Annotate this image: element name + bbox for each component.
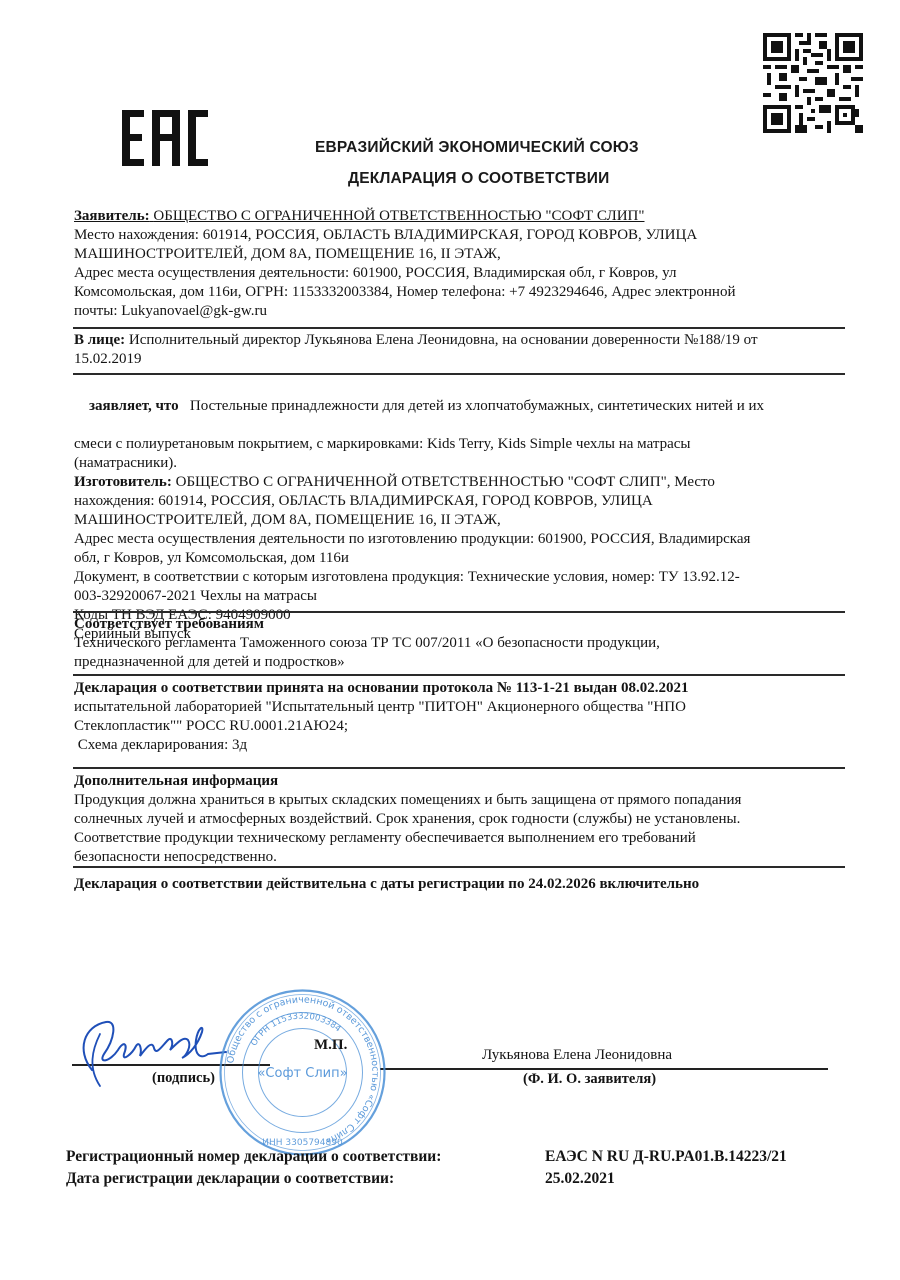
additional-line-1: Продукция должна храниться в крытых скла… xyxy=(74,791,854,810)
manufacturer-line-1: ОБЩЕСТВО С ОГРАНИЧЕННОЙ ОТВЕТСТВЕННОСТЬЮ… xyxy=(172,474,715,490)
applicant-name: ОБЩЕСТВО С ОГРАНИЧЕННОЙ ОТВЕТСТВЕННОСТЬЮ… xyxy=(153,208,644,224)
divider xyxy=(73,373,845,375)
manufacturer-line-3: МАШИНОСТРОИТЕЛЕЙ, ДОМ 8А, ПОМЕЩЕНИЕ 16, … xyxy=(74,511,854,530)
divider xyxy=(73,767,845,769)
protocol-number: № 113-1-21 выдан 08.02.2021 xyxy=(493,680,688,696)
declares-line-2: смеси с полиуретановым покрытием, с марк… xyxy=(74,435,854,454)
declaration-scheme: Схема декларирования: 3д xyxy=(74,736,854,755)
applicant-full-name: Лукьянова Елена Леонидовна xyxy=(482,1047,672,1064)
eac-logo-icon xyxy=(118,108,210,168)
applicant-label: Заявитель: xyxy=(74,208,150,224)
person-line-2: 15.02.2019 xyxy=(74,350,854,369)
registration-date-label: Дата регистрации декларации о соответств… xyxy=(66,1170,394,1188)
declares-line-3: (наматрасники). xyxy=(74,454,854,473)
manufacturer-line-2: нахождения: 601914, РОССИЯ, ОБЛАСТЬ ВЛАД… xyxy=(74,492,854,511)
protocol-line-3: Стеклопластик"" РОСС RU.0001.21АЮ24; xyxy=(74,717,854,736)
production-line-2: обл, г Ковров, ул Комсомольская, дом 116… xyxy=(74,549,854,568)
signature-caption: (подпись) xyxy=(152,1070,215,1087)
applicant-location-1: Место нахождения: 601914, РОССИЯ, ОБЛАСТ… xyxy=(74,226,854,245)
applicant-name-caption: (Ф. И. О. заявителя) xyxy=(523,1071,656,1088)
applicant-name-line xyxy=(380,1068,828,1070)
requirements-section: Соответствует требованиям Технического р… xyxy=(74,615,854,672)
registration-number-label: Регистрационный номер декларации о соотв… xyxy=(66,1148,441,1166)
protocol-section: Декларация о соответствии принята на осн… xyxy=(74,679,854,755)
person-line-1: Исполнительный директор Лукьянова Елена … xyxy=(125,332,757,348)
declares-section: заявляет, что Постельные принадлежности … xyxy=(74,378,854,644)
applicant-activity-3: почты: Lukyanovael@gk-gw.ru xyxy=(74,302,854,321)
applicant-activity-1: Адрес места осуществления деятельности: … xyxy=(74,264,854,283)
declares-line-1: Постельные принадлежности для детей из х… xyxy=(179,398,764,414)
validity-section: Декларация о соответствии действительна … xyxy=(74,875,854,894)
applicant-activity-2: Комсомольская, дом 116и, ОГРН: 115333200… xyxy=(74,283,854,302)
stamp-center-text: «Софт Слип» xyxy=(257,1066,347,1081)
person-label: В лице: xyxy=(74,332,125,348)
protocol-line-2: испытательной лабораторией "Испытательны… xyxy=(74,698,854,717)
document-line-1: Документ, в соответствии с которым изгот… xyxy=(74,568,854,587)
protocol-label: Декларация о соответствии принята на осн… xyxy=(74,680,493,696)
validity-suffix: включительно xyxy=(596,876,699,892)
document-title: ДЕКЛАРАЦИЯ О СООТВЕТСТВИИ xyxy=(348,170,610,188)
validity-date: 24.02.2026 xyxy=(524,876,595,892)
company-stamp-icon: Общество с ограниченной ответственностью… xyxy=(215,985,390,1160)
additional-label: Дополнительная информация xyxy=(74,772,854,791)
additional-line-2: солнечных лучей и атмосферных воздействи… xyxy=(74,810,854,829)
registration-date-value: 25.02.2021 xyxy=(545,1170,615,1188)
production-line-1: Адрес места осуществления деятельности п… xyxy=(74,530,854,549)
additional-line-4: безопасности непосредственно. xyxy=(74,848,854,867)
divider xyxy=(73,674,845,676)
qr-code-icon xyxy=(763,33,863,133)
manufacturer-label: Изготовитель: xyxy=(74,474,172,490)
requirements-line-2: предназначенной для детей и подростков» xyxy=(74,653,854,672)
document-line-2: 003-32920067-2021 Чехлы на матрасы xyxy=(74,587,854,606)
applicant-section: Заявитель: ОБЩЕСТВО С ОГРАНИЧЕННОЙ ОТВЕТ… xyxy=(74,207,854,321)
divider xyxy=(73,327,845,329)
applicant-location-2: МАШИНОСТРОИТЕЛЕЙ, ДОМ 8А, ПОМЕЩЕНИЕ 16, … xyxy=(74,245,854,264)
divider xyxy=(73,611,845,613)
person-section: В лице: Исполнительный директор Лукьянов… xyxy=(74,331,854,369)
requirements-label: Соответствует требованиям xyxy=(74,615,854,634)
divider xyxy=(73,866,845,868)
validity-label: Декларация о соответствии действительна … xyxy=(74,876,524,892)
stamp-inn: ИНН 3305794890 xyxy=(262,1138,343,1148)
requirements-line-1: Технического регламента Таможенного союз… xyxy=(74,634,854,653)
declares-label: заявляет, что xyxy=(89,398,179,414)
additional-section: Дополнительная информация Продукция долж… xyxy=(74,772,854,867)
stamp-place-label: М.П. xyxy=(314,1037,347,1054)
registration-number-value: ЕАЭС N RU Д-RU.PA01.B.14223/21 xyxy=(545,1148,787,1166)
additional-line-3: Соответствие продукции техническому регл… xyxy=(74,829,854,848)
union-title: ЕВРАЗИЙСКИЙ ЭКОНОМИЧЕСКИЙ СОЮЗ xyxy=(315,139,639,157)
